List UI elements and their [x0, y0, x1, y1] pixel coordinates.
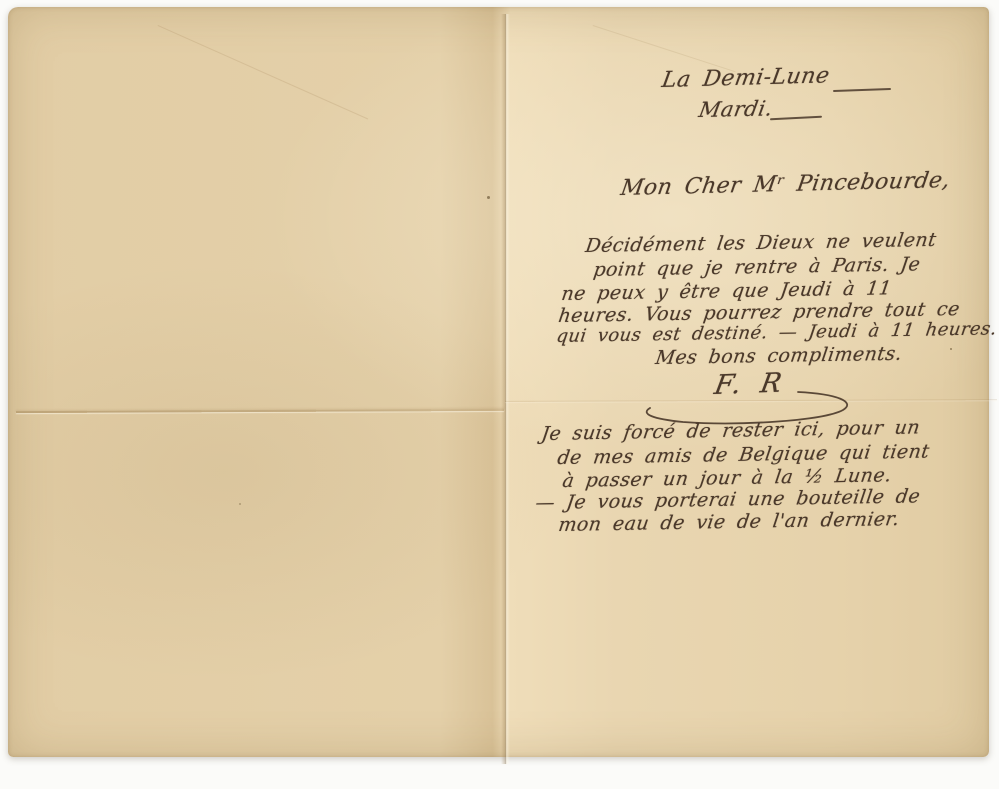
- scanned-letter-document: La Demi-Lune Mardi. Mon Cher Mʳ Pincebou…: [0, 0, 999, 789]
- paper-speck: [950, 348, 952, 350]
- letter-paper-bifolium: [8, 7, 989, 757]
- diagonal-crease-left-page: [158, 25, 369, 119]
- horizontal-crease-left-page: [16, 409, 504, 413]
- horizontal-crease-right-page: [505, 399, 997, 402]
- paper-speck: [487, 196, 490, 199]
- diagonal-crease-right-page: [593, 25, 736, 72]
- paper-speck: [239, 503, 241, 505]
- vertical-fold-crease: [501, 14, 510, 764]
